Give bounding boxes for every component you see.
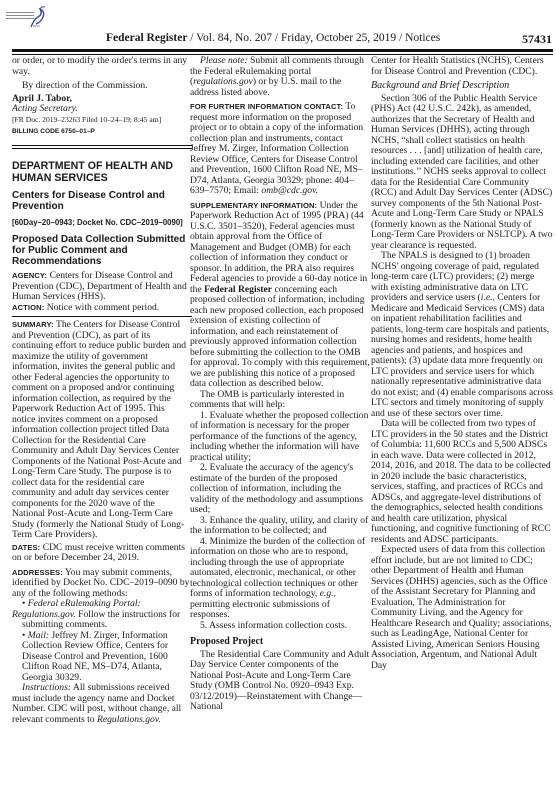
supplementary-label: SUPPLEMENTARY INFORMATION:	[190, 201, 317, 210]
addresses-field: ADDRESSES: You may submit comments, iden…	[12, 568, 190, 600]
action-label: ACTION:	[12, 303, 44, 312]
omb-item-4-text: 4. Minimize the burden of the collection…	[190, 536, 365, 600]
regulations-gov-link[interactable]: Regulations.gov.	[12, 609, 76, 620]
gpo-authenticated-logo: GPO	[6, 5, 50, 31]
omb-item-3: 3. Enhance the quality, utility, and cla…	[190, 516, 370, 537]
running-header: Federal Register / Vol. 84, No. 207 / Fr…	[106, 32, 552, 46]
volume-info: Vol. 84, No. 207	[196, 32, 272, 44]
department-heading: DEPARTMENT OF HEALTH AND HUMAN SERVICES	[12, 161, 190, 184]
direction-line: By direction of the Commission.	[12, 81, 190, 92]
contact-label: FOR FURTHER INFORMATION CONTACT:	[190, 102, 343, 111]
column-1: or order, or to modify the order's terms…	[12, 56, 190, 725]
action-field: ACTION: Notice with comment period.	[12, 303, 190, 314]
contact-text: To request more information on the propo…	[190, 101, 363, 196]
instructions-paragraph: Instructions: All submissions received m…	[12, 683, 190, 725]
supplementary-text-2: concerning each proposed collection of i…	[190, 284, 370, 390]
background-para-4: Expected users of data from this collect…	[371, 545, 553, 671]
continuation-text-col3: Center for Health Statistics (NCHS), Cen…	[371, 56, 553, 77]
docket-number: [60Day–20–0943; Docket No. CDC–2019–0090…	[12, 218, 190, 228]
signer-title: Acting Secretary.	[12, 104, 190, 115]
omb-item-4-tail: permitting electronic submissions of res…	[190, 599, 330, 621]
portal-label: Federal eRulemaking Portal:	[28, 598, 141, 609]
mail-label: Mail:	[28, 630, 49, 641]
omb-intro: The OMB is particularly interested in co…	[190, 390, 370, 411]
proposed-project-text: The Residential Care Community and Adult…	[190, 650, 370, 713]
billing-code: BILLING CODE 6750–01–P	[12, 127, 190, 138]
instructions-label: Instructions:	[22, 682, 71, 693]
column-2: Please note: Submit all comments through…	[190, 56, 370, 713]
address-method-mail: • Mail: Jeffrey M. Zirger, Information C…	[12, 631, 190, 684]
agency-heading: Centers for Disease Control and Preventi…	[12, 190, 190, 212]
gpo-label: GPO	[33, 24, 40, 28]
summary-field: SUMMARY: The Centers for Disease Control…	[12, 320, 190, 541]
ie-abbrev: i.e.,	[481, 292, 495, 303]
page-number: 57431	[522, 32, 552, 47]
summary-separator	[12, 316, 192, 317]
section-name: Notices	[405, 32, 440, 44]
please-note-label: Please note:	[200, 55, 248, 66]
agency-label: AGENCY:	[12, 271, 47, 280]
omb-item-1: 1. Evaluate whether the proposed collect…	[190, 411, 370, 464]
proposed-project-heading: Proposed Project	[190, 637, 370, 648]
contact-email-link[interactable]: omb@cdc.gov.	[261, 185, 318, 196]
supplementary-field: SUPPLEMENTARY INFORMATION: Under the Pap…	[190, 201, 370, 390]
addresses-label: ADDRESSES:	[12, 568, 63, 577]
continuation-text: or order, or to modify the order's terms…	[12, 56, 190, 77]
omb-item-2: 2. Evaluate the accuracy of the agency's…	[190, 463, 370, 516]
omb-item-5: 5. Assess information collection costs.	[190, 621, 370, 632]
dates-label: DATES:	[12, 543, 40, 552]
contact-field: FOR FURTHER INFORMATION CONTACT: To requ…	[190, 102, 370, 197]
please-note-paragraph: Please note: Submit all comments through…	[190, 56, 370, 98]
background-heading: Background and Brief Description	[371, 81, 553, 92]
document-subject: Proposed Data Collection Submitted for P…	[12, 234, 190, 267]
header-rule-thick	[12, 49, 553, 52]
issue-date: Friday, October 25, 2019	[281, 32, 396, 44]
eg-abbrev: e.g.,	[320, 588, 336, 599]
summary-value: The Centers for Disease Control and Prev…	[12, 319, 186, 540]
background-para-2: The NPALS is designed to (1) broaden NCH…	[371, 251, 553, 419]
agency-field: AGENCY: Centers for Disease Control and …	[12, 271, 190, 303]
action-value: Notice with comment period.	[47, 302, 159, 313]
background-para-3: Data will be collected from two types of…	[371, 419, 553, 545]
supplementary-text-1: Under the Paperwork Reduction Act of 199…	[190, 200, 367, 295]
publication-title: Federal Register	[106, 32, 187, 44]
document-separator	[12, 145, 192, 149]
para-2-text-b: Centers for Medicare and Medicaid Servic…	[371, 292, 553, 419]
summary-label: SUMMARY:	[12, 320, 54, 329]
fr-doc-line: [FR Doc. 2019–23263 Filed 10–24–19; 8:45…	[12, 115, 190, 125]
column-3: Center for Health Statistics (NCHS), Cen…	[371, 56, 553, 671]
federal-register-ref: Federal Register	[204, 284, 272, 295]
omb-item-4: 4. Minimize the burden of the collection…	[190, 537, 370, 621]
background-para-1: Section 306 of the Public Health Service…	[371, 94, 553, 252]
address-method-portal: • Federal eRulemaking Portal:Regulations…	[12, 599, 190, 631]
regulations-gov-portal-link[interactable]: regulations.gov	[193, 76, 253, 87]
regulations-gov-link-2[interactable]: Regulations.gov.	[97, 714, 161, 725]
dates-field: DATES: CDC must receive written comments…	[12, 543, 190, 564]
